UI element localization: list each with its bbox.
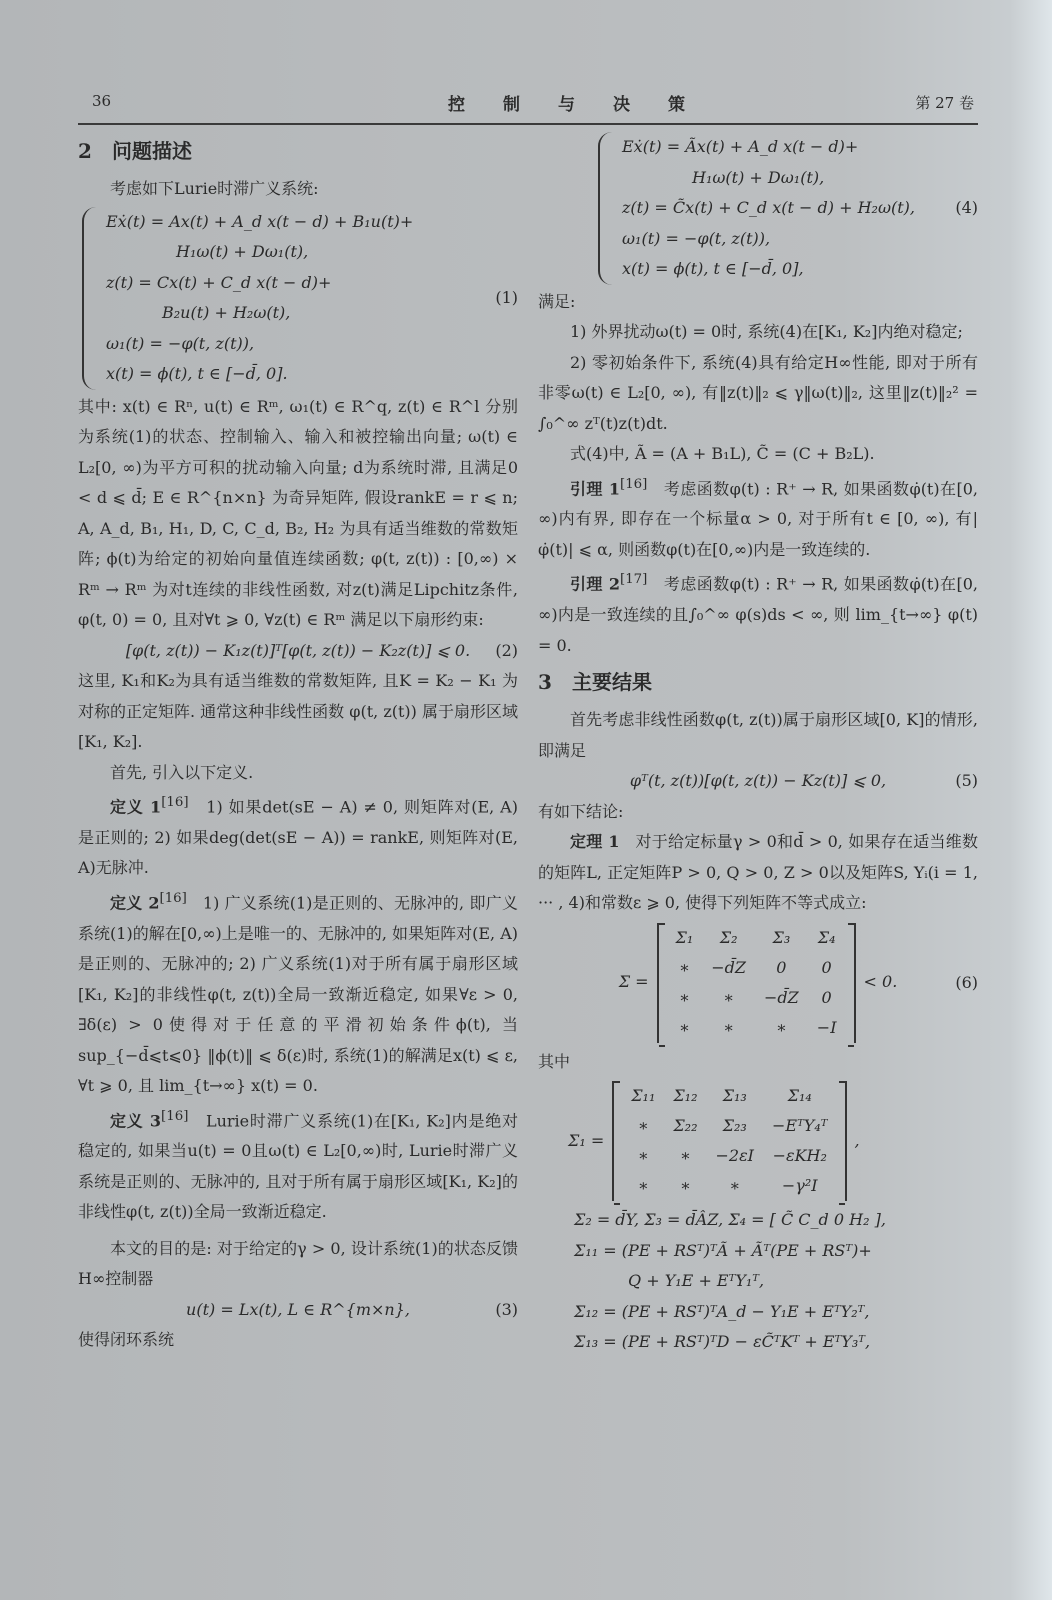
equation-number: (3) xyxy=(495,1295,518,1326)
running-header: 36 控制与决策 第 27 卷 xyxy=(78,88,978,122)
equation-number: (4) xyxy=(955,193,978,224)
equation-number: (6) xyxy=(955,968,978,999)
equation-1: Eẋ(t) = Ax(t) + A_d x(t − d) + B₁u(t)+ H… xyxy=(78,207,518,390)
intro-text: 考虑如下Lurie时滞广义系统: xyxy=(78,174,518,205)
equation-number: (1) xyxy=(495,283,518,314)
matrix-sigma1: Σ₁₁Σ₁₂Σ₁₃Σ₁₄ ∗Σ₂₂Σ₂₃−EᵀY₄ᵀ ∗∗−2εI−εKH₂ ∗… xyxy=(612,1081,846,1201)
equation-5: φᵀ(t, z(t))[φ(t, z(t)) − Kz(t)] ⩽ 0, (5) xyxy=(538,766,978,797)
left-brace xyxy=(82,207,98,390)
paragraph-goal: 本文的目的是: 对于给定的γ > 0, 设计系统(1)的状态反馈H∞控制器 xyxy=(78,1234,518,1295)
definition-1: 定义 1[16] 1) 如果det(sE − A) ≠ 0, 则矩阵对(E, A… xyxy=(78,788,518,884)
matrix-sigma: Σ₁Σ₂Σ₃Σ₄ ∗−d̄Z00 ∗∗−d̄Z0 ∗∗∗−I xyxy=(657,923,856,1043)
equation-2: [φ(t, z(t)) − K₁z(t)]ᵀ[φ(t, z(t)) − K₂z(… xyxy=(78,636,518,667)
condition-2: 2) 零初始条件下, 系统(4)具有给定H∞性能, 即对于所有非零ω(t) ∈ … xyxy=(538,348,978,440)
page-number: 36 xyxy=(92,92,111,110)
left-brace xyxy=(598,132,614,285)
equation-sigma1: Σ₁ = Σ₁₁Σ₁₂Σ₁₃Σ₁₄ ∗Σ₂₂Σ₂₃−EᵀY₄ᵀ ∗∗−2εI−ε… xyxy=(538,1081,978,1201)
equation-4-definitions: 式(4)中, Ã = (A + B₁L), C̃ = (C + B₂L). xyxy=(538,439,978,470)
right-column: Eẋ(t) = Ãx(t) + A_d x(t − d)+ H₁ω(t) + D… xyxy=(538,130,978,1358)
section-heading-2: 2问题描述 xyxy=(78,134,518,168)
paragraph-where: 其中: x(t) ∈ Rⁿ, u(t) ∈ Rᵐ, ω₁(t) ∈ R^q, z… xyxy=(78,392,518,636)
equation-number: (5) xyxy=(955,766,978,797)
satisfy-label: 满足: xyxy=(538,287,978,318)
formula-sigma11-cont: Q + Y₁E + EᵀY₁ᵀ, xyxy=(538,1266,978,1297)
definition-2: 定义 2[16] 1) 广义系统(1)是正则的、无脉冲的, 即广义系统(1)的解… xyxy=(78,884,518,1102)
theorem-1: 定理 1 对于给定标量γ > 0和d̄ > 0, 如果存在适当维数的矩阵L, 正… xyxy=(538,827,978,919)
paragraph-conclusion: 有如下结论: xyxy=(538,797,978,828)
where-label: 其中 xyxy=(538,1047,978,1078)
condition-1: 1) 外界扰动ω(t) = 0时, 系统(4)在[K₁, K₂]内绝对稳定; xyxy=(538,317,978,348)
formula-sigma2-3-4: Σ₂ = d̄Y, Σ₃ = d̄ÂZ, Σ₄ = [ C̃ C_d 0 H₂ … xyxy=(538,1205,978,1236)
equation-number: (2) xyxy=(495,636,518,667)
section-heading-3: 3主要结果 xyxy=(538,665,978,699)
header-rule xyxy=(78,123,978,125)
volume-label: 第 27 卷 xyxy=(915,92,974,113)
formula-sigma12: Σ₁₂ = (PE + RSᵀ)ᵀA_d − Y₁E + EᵀY₂ᵀ, xyxy=(538,1297,978,1328)
journal-title: 控制与决策 xyxy=(448,90,723,115)
formula-sigma11: Σ₁₁ = (PE + RSᵀ)ᵀÃ + Ãᵀ(PE + RSᵀ)+ xyxy=(538,1236,978,1267)
lemma-2: 引理 2[17] 考虑函数φ(t) : R⁺ → R, 如果函数φ̇(t)在[0… xyxy=(538,565,978,661)
definition-3: 定义 3[16] Lurie时滞广义系统(1)在[K₁, K₂]内是绝对稳定的,… xyxy=(78,1102,518,1228)
paragraph-closed-loop: 使得闭环系统 xyxy=(78,1325,518,1356)
equation-3: u(t) = Lx(t), L ∈ R^{m×n}, (3) xyxy=(78,1295,518,1326)
paragraph-first: 首先, 引入以下定义. xyxy=(78,758,518,789)
left-column: 2问题描述 考虑如下Lurie时滞广义系统: Eẋ(t) = Ax(t) + A… xyxy=(78,130,518,1356)
formula-sigma13: Σ₁₃ = (PE + RSᵀ)ᵀD − εC̃ᵀKᵀ + EᵀY₃ᵀ, xyxy=(538,1327,978,1358)
paper-page: 36 控制与决策 第 27 卷 2问题描述 考虑如下Lurie时滞广义系统: E… xyxy=(0,0,1052,1600)
equation-6: Σ = Σ₁Σ₂Σ₃Σ₄ ∗−d̄Z00 ∗∗−d̄Z0 ∗∗∗−I < 0. … xyxy=(538,923,978,1043)
lemma-1: 引理 1[16] 考虑函数φ(t) : R⁺ → R, 如果函数φ̇(t)在[0… xyxy=(538,470,978,566)
paragraph-sector: 首先考虑非线性函数φ(t, z(t))属于扇形区域[0, K]的情形, 即满足 xyxy=(538,705,978,766)
paragraph-here: 这里, K₁和K₂为具有适当维数的常数矩阵, 且K = K₂ − K₁ 为对称的… xyxy=(78,666,518,758)
equation-4: Eẋ(t) = Ãx(t) + A_d x(t − d)+ H₁ω(t) + D… xyxy=(594,132,978,285)
